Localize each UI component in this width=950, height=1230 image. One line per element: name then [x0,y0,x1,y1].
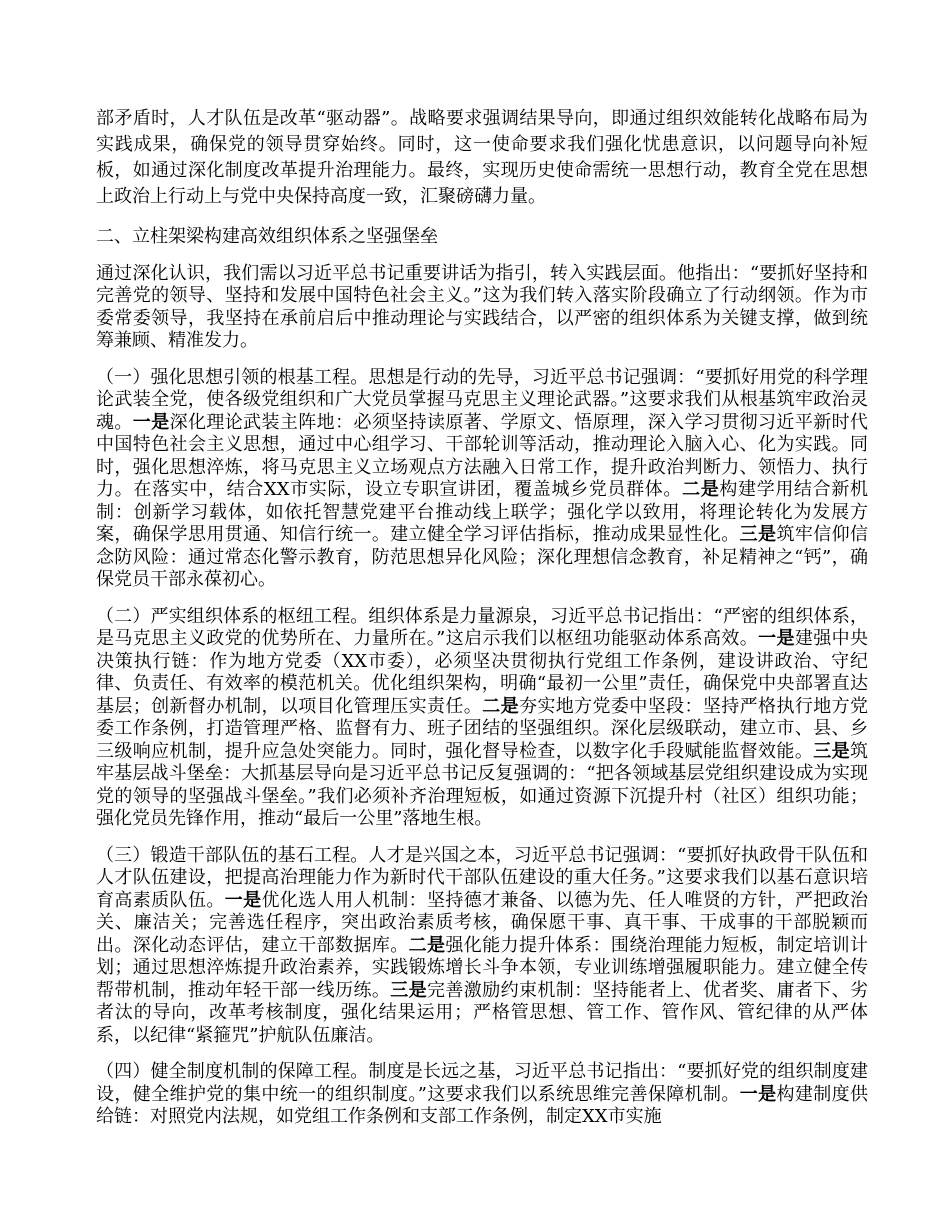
bold-run: 二是 [409,935,446,956]
section-heading: 二、立柱架梁构建高效组织体系之坚强堡垒 [96,226,868,249]
bold-run: 一是 [133,412,170,433]
text-run: （二）严实组织体系的枢纽工程。组织体系是力量源泉，习近平总书记指出：“严密的组织… [96,606,868,650]
text-run: 二、立柱架梁构建高效组织体系之坚强堡垒 [96,226,438,247]
bold-run: 三是 [390,980,427,1001]
bold-run: 三是 [740,524,777,545]
document-body: 部矛盾时，人才队伍是改革“驱动器”。战略要求强调结果导向，即通过组织效能转化战略… [96,106,868,1129]
paragraph: （二）严实组织体系的枢纽工程。组织体系是力量源泉，习近平总书记指出：“严密的组织… [96,606,868,831]
bold-run: 一是 [758,628,795,649]
text-run: 通过深化认识，我们需以习近平总书记重要讲话为指引，转入实践层面。他指出：“要抓好… [96,263,868,352]
text-run: 部矛盾时，人才队伍是改革“驱动器”。战略要求强调结果导向，即通过组织效能转化战略… [96,108,868,207]
bold-run: 三是 [813,741,850,762]
bold-run: 一是 [740,1084,777,1105]
paragraph: （一）强化思想引领的根基工程。思想是行动的先导，习近平总书记强调：“要抓好用党的… [96,367,868,592]
bold-run: 二是 [682,479,719,500]
bold-run: 二是 [482,696,519,717]
paragraph: 通过深化认识，我们需以习近平总书记重要讲话为指引，转入实践层面。他指出：“要抓好… [96,263,868,353]
paragraph: （三）锻造干部队伍的基石工程。人才是兴国之本，习近平总书记强调：“要抓好执政骨干… [96,845,868,1048]
bold-run: 一是 [225,890,262,911]
document-page: 部矛盾时，人才队伍是改革“驱动器”。战略要求强调结果导向，即通过组织效能转化战略… [0,0,950,1230]
paragraph: 部矛盾时，人才队伍是改革“驱动器”。战略要求强调结果导向，即通过组织效能转化战略… [96,106,868,210]
paragraph: （四）健全制度机制的保障工程。制度是长远之基，习近平总书记指出：“要抓好党的组织… [96,1061,868,1129]
